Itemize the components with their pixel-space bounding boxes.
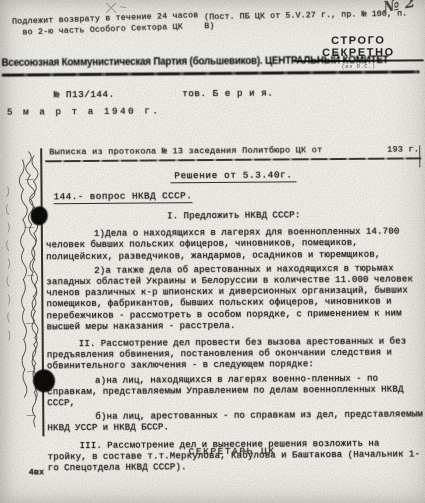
body-paragraph: б)на лиц, арестованных - по справкам из … [47, 409, 423, 434]
body-paragraph: 2)а также дела об арестованных и находящ… [46, 262, 423, 332]
excerpt-right: 193 г. [387, 144, 419, 154]
document-number: № П13/144. [54, 89, 115, 100]
body-paragraph: а)на лиц, находящихся в лагерях военно-п… [47, 372, 423, 409]
addressee: тов. Б е р и я. [182, 88, 273, 100]
body-paragraph: I. Предложить НКВД СССР: [46, 208, 422, 222]
item-heading: 144.- вопрос НКВД СССР. [54, 188, 422, 204]
main-text-block: Выписка из протокола № 13 заседания Поли… [45, 144, 424, 476]
handwritten-margin-annotation-outer [1, 185, 14, 345]
body-paragraph: II. Рассмотрение дел провести без вызова… [47, 335, 423, 372]
form-right-tick [419, 145, 420, 167]
scanned-document-page: Подлежит возврату в течение 24 часов во … [0, 0, 425, 503]
document-content: Подлежит возврату в течение 24 часов во … [0, 0, 425, 503]
decision-heading: Решение от 5.3.40г. [45, 168, 421, 184]
footer-mark: 4вх [29, 467, 44, 477]
pencil-cross-icon [102, 1, 128, 17]
date-line: 5 м а р т а 1940 г. [7, 105, 161, 117]
letterhead-rule [2, 70, 420, 76]
excerpt-left: Выписка из протокола № 13 заседания Поли… [49, 145, 322, 157]
margin-vertical-rule [40, 148, 44, 436]
docnumber-row: № П13/144. тов. Б е р и я. [54, 87, 394, 101]
body-paragraph: 1)Дела о находящихся в лагерях для военн… [46, 226, 422, 263]
